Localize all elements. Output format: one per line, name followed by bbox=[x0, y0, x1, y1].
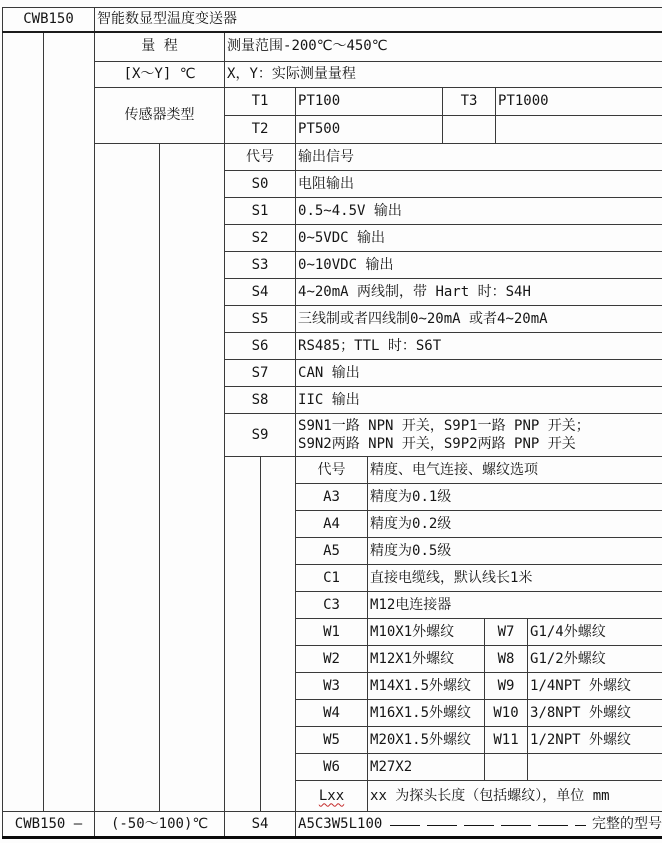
output-code: S1 bbox=[225, 198, 296, 225]
thread-code-left: W4 bbox=[296, 700, 368, 727]
thread-code-right: W10 bbox=[485, 700, 528, 727]
spine-cell-1 bbox=[3, 32, 44, 812]
output-desc: 4~20mA 两线制，带 Hart 时：S4H bbox=[296, 279, 662, 306]
datasheet-page: CWB150 智能数显型温度变送器 量 程 测量范围-200℃～450℃ [X～… bbox=[0, 0, 662, 843]
thread-code-left: W5 bbox=[296, 727, 368, 754]
sensor-code-t1: T1 bbox=[225, 88, 296, 116]
product-title: 智能数显型温度变送器 bbox=[95, 8, 662, 32]
thread-code-w6: W6 bbox=[296, 754, 368, 781]
thread-code-right: W7 bbox=[485, 619, 528, 646]
output-desc: 0.5~4.5V 输出 bbox=[296, 198, 662, 225]
output-code: S3 bbox=[225, 252, 296, 279]
footer-example-cell: A5C3W5L100 完整的型号 bbox=[296, 812, 662, 838]
output-desc-s9: S9N1一路 NPN 开关，S9P1一路 PNP 开关； S9N2两路 NPN … bbox=[296, 414, 662, 457]
spine-cell-2 bbox=[44, 32, 95, 812]
xy-desc: X，Y：实际测量量程 bbox=[225, 62, 662, 88]
empty-cell bbox=[485, 754, 528, 781]
option-code: A3 bbox=[296, 484, 368, 511]
thread-desc-right: G1/4外螺纹 bbox=[528, 619, 662, 646]
thread-desc-w6: M27X2 bbox=[368, 754, 485, 781]
probe-length-code: Lxx bbox=[296, 781, 368, 812]
sensor-desc-t3: PT1000 bbox=[496, 88, 662, 116]
option-code: A4 bbox=[296, 511, 368, 538]
spine-cell-5 bbox=[225, 457, 261, 812]
empty-cell bbox=[528, 754, 662, 781]
option-desc: 精度为0.5级 bbox=[368, 538, 662, 565]
output-desc: CAN 输出 bbox=[296, 360, 662, 387]
empty-cell bbox=[443, 116, 496, 144]
thread-desc-right: G1/2外螺纹 bbox=[528, 646, 662, 673]
output-code: S2 bbox=[225, 225, 296, 252]
model-selection-table: CWB150 智能数显型温度变送器 量 程 测量范围-200℃～450℃ [X～… bbox=[2, 7, 662, 839]
sensor-desc-t2: PT500 bbox=[296, 116, 443, 144]
range-desc: 测量范围-200℃～450℃ bbox=[225, 32, 662, 62]
output-desc: 0~5VDC 输出 bbox=[296, 225, 662, 252]
thread-desc-left: M16X1.5外螺纹 bbox=[368, 700, 485, 727]
thread-desc-left: M12X1外螺纹 bbox=[368, 646, 485, 673]
sensor-type-label: 传感器类型 bbox=[95, 88, 225, 144]
option-desc: 直接电缆线，默认线长1米 bbox=[368, 565, 662, 592]
thread-desc-right: 1/2NPT 外螺纹 bbox=[528, 727, 662, 754]
output-code-s9: S9 bbox=[225, 414, 296, 457]
sensor-desc-t1: PT100 bbox=[296, 88, 443, 116]
output-code-header: 代号 bbox=[225, 144, 296, 171]
output-desc: 电阻输出 bbox=[296, 171, 662, 198]
empty-cell bbox=[496, 116, 662, 144]
thread-code-left: W3 bbox=[296, 673, 368, 700]
footer-range: (-50～100)℃ bbox=[95, 812, 225, 838]
output-desc-header: 输出信号 bbox=[296, 144, 662, 171]
footer-example-label: 完整的型号 bbox=[592, 816, 662, 833]
output-desc: IIC 输出 bbox=[296, 387, 662, 414]
option-desc: 精度为0.2级 bbox=[368, 511, 662, 538]
thread-desc-left: M14X1.5外螺纹 bbox=[368, 673, 485, 700]
footer-example-code: A5C3W5L100 bbox=[298, 816, 382, 833]
thread-desc-left: M20X1.5外螺纹 bbox=[368, 727, 485, 754]
sensor-code-t3: T3 bbox=[443, 88, 496, 116]
output-code: S6 bbox=[225, 333, 296, 360]
options-desc-header: 精度、电气连接、螺纹选项 bbox=[368, 457, 662, 484]
thread-code-left: W1 bbox=[296, 619, 368, 646]
output-desc: 0~10VDC 输出 bbox=[296, 252, 662, 279]
range-label: 量 程 bbox=[95, 32, 225, 62]
probe-length-code-text: Lxx bbox=[319, 788, 344, 804]
thread-desc-right: 1/4NPT 外螺纹 bbox=[528, 673, 662, 700]
thread-desc-left: M10X1外螺纹 bbox=[368, 619, 485, 646]
output-code: S8 bbox=[225, 387, 296, 414]
spine-cell-3 bbox=[95, 144, 160, 812]
sensor-code-t2: T2 bbox=[225, 116, 296, 144]
s9-line1: S9N1一路 NPN 开关，S9P1一路 PNP 开关； bbox=[298, 417, 662, 435]
s9-line2: S9N2两路 NPN 开关，S9P2两路 PNP 开关 bbox=[298, 435, 662, 453]
full-model-line: A5C3W5L100 完整的型号 bbox=[298, 816, 662, 833]
option-code: C1 bbox=[296, 565, 368, 592]
output-desc: 三线制或者四线制0~20mA 或者4~20mA bbox=[296, 306, 662, 333]
thread-code-right: W8 bbox=[485, 646, 528, 673]
spine-cell-6 bbox=[261, 457, 296, 812]
footer-output-code: S4 bbox=[225, 812, 296, 838]
option-desc: M12电连接器 bbox=[368, 592, 662, 619]
output-code: S7 bbox=[225, 360, 296, 387]
option-code: C3 bbox=[296, 592, 368, 619]
probe-length-desc: xx 为探头长度（包括螺纹），单位 mm bbox=[368, 781, 662, 812]
thread-code-right: W9 bbox=[485, 673, 528, 700]
leader-dash-line bbox=[390, 825, 586, 826]
option-code: A5 bbox=[296, 538, 368, 565]
thread-code-right: W11 bbox=[485, 727, 528, 754]
output-code: S4 bbox=[225, 279, 296, 306]
output-code: S5 bbox=[225, 306, 296, 333]
output-code: S0 bbox=[225, 171, 296, 198]
output-desc: RS485；TTL 时：S6T bbox=[296, 333, 662, 360]
thread-code-left: W2 bbox=[296, 646, 368, 673]
model-code: CWB150 bbox=[3, 8, 95, 32]
options-code-header: 代号 bbox=[296, 457, 368, 484]
footer-model: CWB150 — bbox=[3, 812, 95, 838]
xy-label: [X～Y] ℃ bbox=[95, 62, 225, 88]
thread-desc-right: 3/8NPT 外螺纹 bbox=[528, 700, 662, 727]
spine-cell-4 bbox=[160, 144, 225, 812]
option-desc: 精度为0.1级 bbox=[368, 484, 662, 511]
